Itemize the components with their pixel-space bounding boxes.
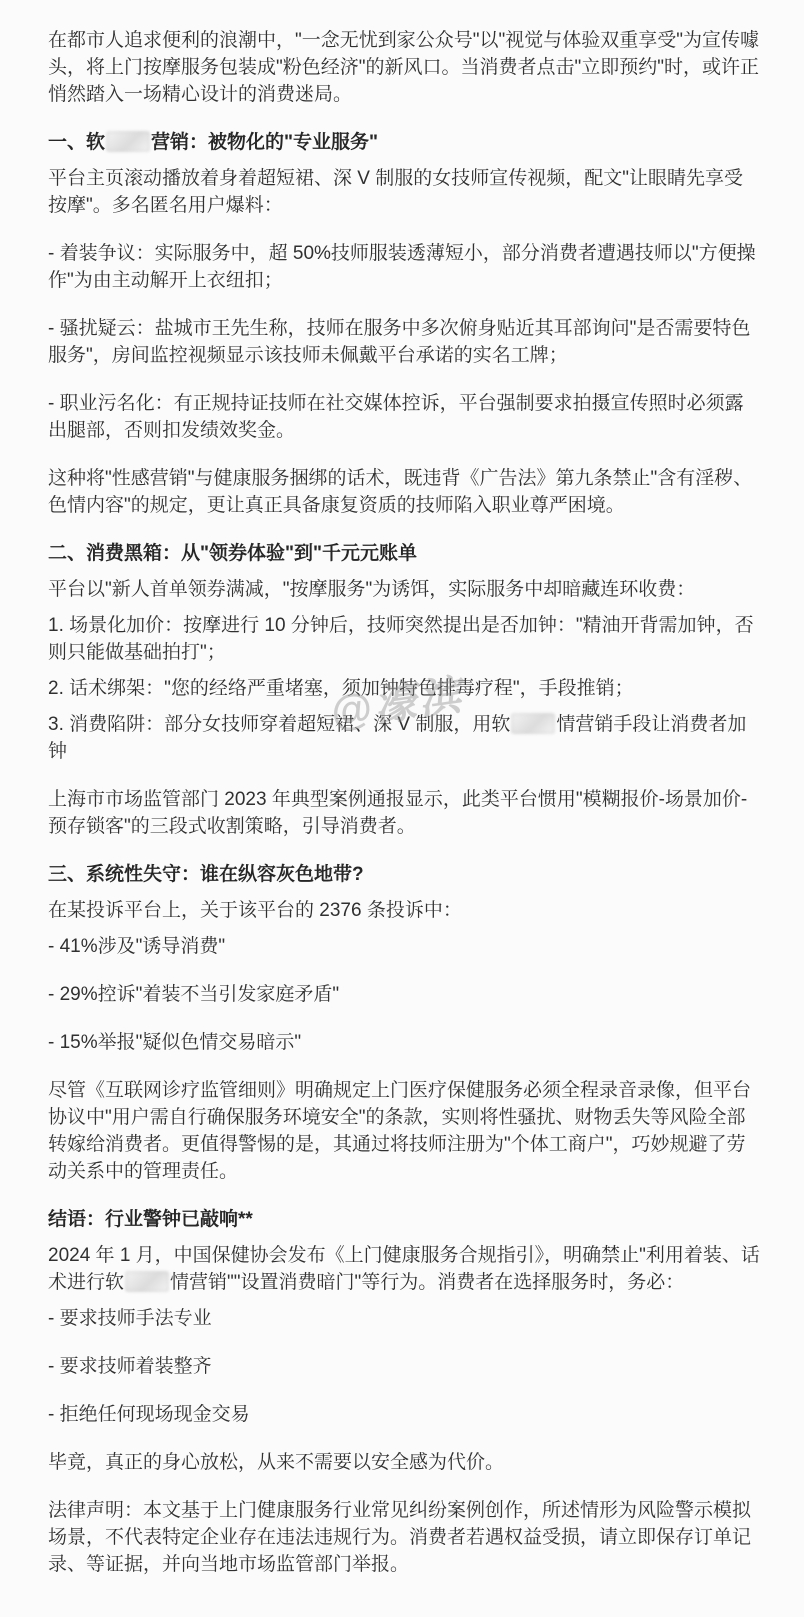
complaint-stat-29: - 29%控诉"着装不当引发家庭矛盾" bbox=[48, 981, 760, 1008]
complaints-count-paragraph: 在某投诉平台上，关于该平台的 2376 条投诉中： bbox=[48, 897, 760, 924]
numbered-item-consumption-trap-pre: 3. 消费陷阱：部分女技师穿着超短裙、深 V 制服，用软 bbox=[48, 714, 510, 735]
list-item-stigma: - 职业污名化：有正规持证技师在社交媒体控诉，平台强制要求拍摄宣传照时必须露出腿… bbox=[48, 390, 760, 444]
list-item-dress-dispute: - 着装争议：实际服务中，超 50%技师服装透薄短小，部分消费者遭遇技师以"方便… bbox=[48, 240, 760, 294]
closing-paragraph: 毕竟，真正的身心放松，从来不需要以安全感为代价。 bbox=[48, 1449, 760, 1476]
tip-proper-dress: - 要求技师着装整齐 bbox=[48, 1353, 760, 1380]
tip-professional-technique: - 要求技师手法专业 bbox=[48, 1305, 760, 1332]
regulation-gap-paragraph: 尽管《互联网诊疗监管细则》明确规定上门医疗保健服务必须全程录音录像，但平台协议中… bbox=[48, 1077, 760, 1185]
censored-blur-patch bbox=[106, 131, 150, 152]
section-1-heading: 一、软营销：被物化的"专业服务" bbox=[48, 129, 760, 156]
section-1-heading-pre: 一、软 bbox=[48, 132, 105, 153]
intro-paragraph: 在都市人追求便利的浪潮中，"一念无忧到家公众号"以"视觉与体验双重享受"为宣传噱… bbox=[48, 27, 760, 108]
numbered-item-script-binding: 2. 话术绑架："您的经络严重堵塞，须加钟特色排毒疗程"，手段推销； bbox=[48, 675, 760, 702]
section-3-heading: 三、系统性失守：谁在纵容灰色地带? bbox=[48, 861, 760, 888]
guideline-paragraph-post: 情营销""设置消费暗门"等行为。消费者在选择服务时，务必： bbox=[170, 1272, 684, 1293]
numbered-item-consumption-trap: 3. 消费陷阱：部分女技师穿着超短裙、深 V 制服，用软情营销手段让消费者加钟 bbox=[48, 711, 760, 765]
censored-blur-patch bbox=[125, 1271, 169, 1292]
tip-no-cash: - 拒绝任何现场现金交易 bbox=[48, 1401, 760, 1428]
section-2-heading: 二、消费黑箱：从"领券体验"到"千元元账单 bbox=[48, 540, 760, 567]
censored-blur-patch bbox=[511, 713, 555, 734]
adlaw-paragraph: 这种将"性感营销"与健康服务捆绑的话术，既违背《广告法》第九条禁止"含有淫秽、色… bbox=[48, 465, 760, 519]
coupon-bait-paragraph: 平台以"新人首单领券满减，"按摩服务"为诱饵，实际服务中却暗藏连环收费： bbox=[48, 576, 760, 603]
section-1-heading-post: 营销：被物化的"专业服务" bbox=[151, 132, 378, 153]
article-page: 在都市人追求便利的浪潮中，"一念无忧到家公众号"以"视觉与体验双重享受"为宣传噱… bbox=[0, 0, 804, 1617]
conclusion-heading: 结语：行业警钟已敲响** bbox=[48, 1206, 760, 1233]
guideline-paragraph: 2024 年 1 月，中国保健协会发布《上门健康服务合规指引》，明确禁止"利用着… bbox=[48, 1242, 760, 1296]
complaint-stat-41: - 41%涉及"诱导消费" bbox=[48, 933, 760, 960]
legal-disclaimer-paragraph: 法律声明：本文基于上门健康服务行业常见纠纷案例创作，所述情形为风险警示模拟场景，… bbox=[48, 1497, 760, 1578]
list-item-harassment: - 骚扰疑云：盐城市王先生称，技师在服务中多次俯身贴近其耳部询问"是否需要特色服… bbox=[48, 315, 760, 369]
platform-video-paragraph: 平台主页滚动播放着身着超短裙、深 V 制服的女技师宣传视频，配文"让眼睛先享受按… bbox=[48, 165, 760, 219]
complaint-stat-15: - 15%举报"疑似色情交易暗示" bbox=[48, 1029, 760, 1056]
shanghai-regulator-paragraph: 上海市市场监管部门 2023 年典型案例通报显示，此类平台惯用"模糊报价-场景加… bbox=[48, 786, 760, 840]
numbered-item-scene-pricing: 1. 场景化加价：按摩进行 10 分钟后，技师突然提出是否加钟："精油开背需加钟… bbox=[48, 612, 760, 666]
